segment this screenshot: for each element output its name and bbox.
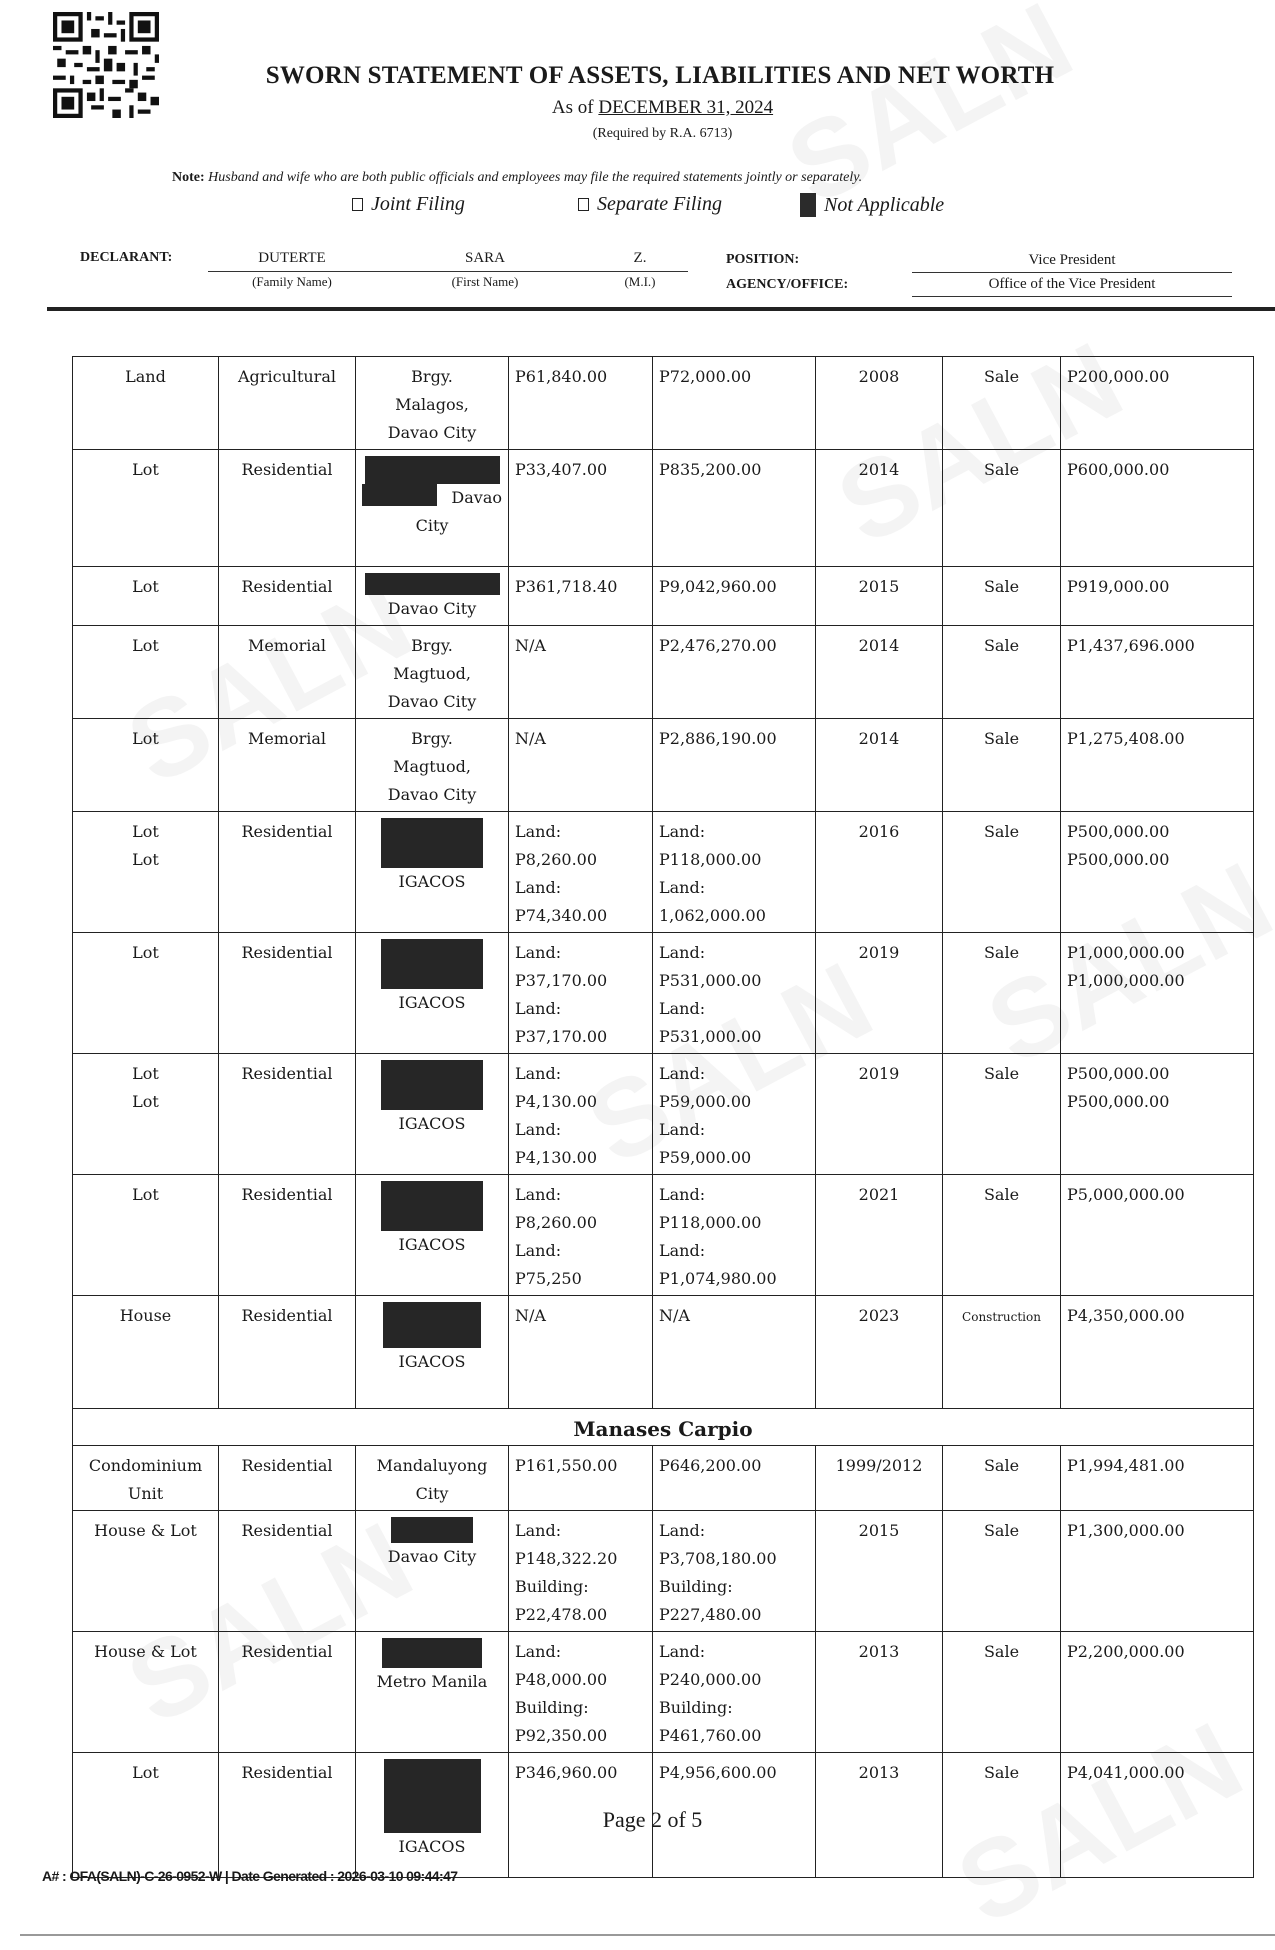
assessed-value-cell: Land:P48,000.00Building:P92,350.00	[509, 1632, 653, 1753]
acquisition-year-text: 2023	[859, 1306, 900, 1325]
acquisition-mode-text: Sale	[984, 1521, 1019, 1540]
joint-filing-option[interactable]: Joint Filing	[352, 193, 465, 216]
market-value-cell: P835,200.00	[653, 450, 816, 567]
kind-text: Residential	[241, 1521, 332, 1540]
kind-text: Memorial	[248, 729, 326, 748]
kind-cell: Residential	[219, 450, 356, 567]
table-row: HouseResidentialIGACOSN/AN/A2023Construc…	[73, 1296, 1254, 1409]
table-row: LandAgriculturalBrgy.Malagos,Davao CityP…	[73, 357, 1254, 450]
kind-cell: Residential	[219, 812, 356, 933]
acquisition-year-text: 2014	[859, 729, 900, 748]
market-value-line: Land:	[659, 995, 809, 1023]
market-value-line: P461,760.00	[659, 1722, 809, 1750]
market-value-line: P531,000.00	[659, 967, 809, 995]
kind-cell: Residential	[219, 1446, 356, 1511]
acquisition-year-cell: 2008	[816, 357, 943, 450]
location-line: Brgy.	[362, 725, 502, 753]
market-value-line: N/A	[659, 1302, 809, 1330]
market-value-cell: P2,476,270.00	[653, 626, 816, 719]
kind-cell: Residential	[219, 1632, 356, 1753]
first-name-caption: (First Name)	[400, 274, 570, 290]
acquisition-mode-text: Sale	[984, 729, 1019, 748]
table-row: LotResidentialDavao CityP361,718.40P9,04…	[73, 567, 1254, 626]
acquisition-mode-text: Sale	[984, 636, 1019, 655]
acquisition-cost-cell: P919,000.00	[1061, 567, 1254, 626]
acquisition-mode-text: Sale	[984, 1642, 1019, 1661]
kind-cell: Residential	[219, 1511, 356, 1632]
acquisition-cost-line: P500,000.00	[1067, 846, 1247, 874]
acquisition-mode-text: Sale	[984, 1763, 1019, 1782]
market-value-line: Land:	[659, 1237, 809, 1265]
assessed-value-line: P22,478.00	[515, 1601, 646, 1629]
acquisition-cost-cell: P4,350,000.00	[1061, 1296, 1254, 1409]
acquisition-cost-cell: P1,437,696.000	[1061, 626, 1254, 719]
kind-cell: Memorial	[219, 719, 356, 812]
assessed-value-line: P346,960.00	[515, 1759, 646, 1787]
redaction-block	[382, 1638, 482, 1668]
market-value-line: Building:	[659, 1694, 809, 1722]
assessed-value-line: P48,000.00	[515, 1666, 646, 1694]
not-applicable-option[interactable]: Not Applicable	[800, 193, 944, 217]
acquisition-mode-text: Sale	[984, 1456, 1019, 1475]
description-line: House & Lot	[79, 1638, 212, 1666]
location-cell: DavaoCity	[356, 450, 509, 567]
spouse-name: Manases Carpio	[73, 1409, 1254, 1446]
note-text: Husband and wife who are both public off…	[208, 170, 862, 185]
agency-label: AGENCY/OFFICE:	[726, 277, 848, 293]
description-cell: Lot	[73, 450, 219, 567]
description-cell: House & Lot	[73, 1632, 219, 1753]
acquisition-cost-cell: P500,000.00P500,000.00	[1061, 812, 1254, 933]
market-value-line: P72,000.00	[659, 363, 809, 391]
acquisition-cost-cell: P1,275,408.00	[1061, 719, 1254, 812]
description-cell: Land	[73, 357, 219, 450]
location-cell: IGACOS	[356, 933, 509, 1054]
description-line: Lot	[79, 573, 212, 601]
description-cell: Lot	[73, 626, 219, 719]
acquisition-year-text: 1999/2012	[836, 1456, 923, 1475]
acquisition-cost-line: P500,000.00	[1067, 1088, 1247, 1116]
acquisition-mode-text: Sale	[984, 1064, 1019, 1083]
acquisition-cost-line: P1,000,000.00	[1067, 967, 1247, 995]
assessed-value-cell: N/A	[509, 1296, 653, 1409]
market-value-line: Building:	[659, 1573, 809, 1601]
location-line: IGACOS	[362, 1231, 502, 1259]
acquisition-year-text: 2019	[859, 1064, 900, 1083]
market-value-cell: N/A	[653, 1296, 816, 1409]
location-line: Brgy.	[362, 363, 502, 391]
assessed-value-line: P61,840.00	[515, 363, 646, 391]
assessed-value-cell: P61,840.00	[509, 357, 653, 450]
location-cell: Brgy.Malagos,Davao City	[356, 357, 509, 450]
assessed-value-cell: Land:P37,170.00Land:P37,170.00	[509, 933, 653, 1054]
market-value-cell: P2,886,190.00	[653, 719, 816, 812]
description-line: Land	[79, 363, 212, 391]
description-line: Lot	[79, 818, 212, 846]
description-line: Lot	[79, 725, 212, 753]
position-value: Vice President	[912, 252, 1232, 269]
acquisition-cost-cell: P2,200,000.00	[1061, 1632, 1254, 1753]
acquisition-mode-cell: Sale	[943, 1175, 1061, 1296]
assessed-value-line: P4,130.00	[515, 1088, 646, 1116]
assessed-value-line: P148,322.20	[515, 1545, 646, 1573]
acquisition-cost-cell: P1,994,481.00	[1061, 1446, 1254, 1511]
market-value-line: P646,200.00	[659, 1452, 809, 1480]
assessed-value-line: P8,260.00	[515, 846, 646, 874]
market-value-line: Land:	[659, 939, 809, 967]
assessed-value-cell: Land:P8,260.00Land:P74,340.00	[509, 812, 653, 933]
description-cell: Lot	[73, 719, 219, 812]
joint-filing-checkbox[interactable]	[352, 198, 363, 211]
middle-initial: Z.	[610, 250, 670, 267]
location-cell: Metro Manila	[356, 1632, 509, 1753]
location-line: Magtuod,	[362, 753, 502, 781]
location-line: IGACOS	[362, 1348, 502, 1376]
description-line: House & Lot	[79, 1517, 212, 1545]
acquisition-cost-line: P1,300,000.00	[1067, 1517, 1247, 1545]
location-line: Magtuod,	[362, 660, 502, 688]
position-underline	[912, 272, 1232, 273]
acquisition-year-cell: 2013	[816, 1632, 943, 1753]
acquisition-cost-line: P4,041,000.00	[1067, 1759, 1247, 1787]
real-properties-table: LandAgriculturalBrgy.Malagos,Davao CityP…	[72, 356, 1254, 1878]
acquisition-mode-cell: Sale	[943, 1054, 1061, 1175]
location-line: Davao City	[362, 1543, 502, 1571]
market-value-cell: Land:P240,000.00Building:P461,760.00	[653, 1632, 816, 1753]
acquisition-year-cell: 2021	[816, 1175, 943, 1296]
acquisition-mode-cell: Sale	[943, 626, 1061, 719]
as-of-date: DECEMBER 31, 2024	[598, 97, 773, 118]
assessed-value-line: P361,718.40	[515, 573, 646, 601]
kind-text: Residential	[241, 460, 332, 479]
description-line: Lot	[79, 1060, 212, 1088]
acquisition-mode-text: Sale	[984, 1185, 1019, 1204]
acquisition-cost-line: P1,994,481.00	[1067, 1452, 1247, 1480]
acquisition-year-cell: 2015	[816, 567, 943, 626]
acquisition-cost-line: P1,000,000.00	[1067, 939, 1247, 967]
assessed-value-cell: P161,550.00	[509, 1446, 653, 1511]
acquisition-year-cell: 2019	[816, 1054, 943, 1175]
agency-value: Office of the Vice President	[912, 276, 1232, 293]
acquisition-year-text: 2019	[859, 943, 900, 962]
acquisition-mode-cell: Sale	[943, 357, 1061, 450]
acquisition-year-text: 2021	[859, 1185, 900, 1204]
description-line: Unit	[79, 1480, 212, 1508]
kind-text: Residential	[241, 1456, 332, 1475]
acquisition-year-cell: 2014	[816, 626, 943, 719]
description-line: Lot	[79, 1181, 212, 1209]
assessed-value-line: Land:	[515, 1181, 646, 1209]
assessed-value-line: N/A	[515, 725, 646, 753]
kind-cell: Memorial	[219, 626, 356, 719]
redaction-block	[362, 484, 437, 506]
assessed-value-line: Land:	[515, 995, 646, 1023]
assessed-value-cell: N/A	[509, 626, 653, 719]
acquisition-year-text: 2014	[859, 636, 900, 655]
acquisition-mode-text: Sale	[984, 460, 1019, 479]
acquisition-year-text: 2016	[859, 822, 900, 841]
section-divider	[47, 307, 1275, 311]
redaction-block	[381, 1060, 483, 1110]
not-applicable-label: Not Applicable	[824, 194, 944, 217]
acquisition-cost-line: P4,350,000.00	[1067, 1302, 1247, 1330]
acquisition-year-text: 2008	[859, 367, 900, 386]
location-line: Davao City	[362, 688, 502, 716]
location-line: Metro Manila	[362, 1668, 502, 1696]
joint-filing-label: Joint Filing	[371, 193, 465, 216]
description-cell: Lot	[73, 1175, 219, 1296]
kind-text: Residential	[241, 1642, 332, 1661]
acquisition-cost-line: P200,000.00	[1067, 363, 1247, 391]
acquisition-year-cell: 2015	[816, 1511, 943, 1632]
market-value-line: P59,000.00	[659, 1144, 809, 1172]
acquisition-mode-cell: Sale	[943, 812, 1061, 933]
location-cell: MandaluyongCity	[356, 1446, 509, 1511]
acquisition-year-text: 2013	[859, 1763, 900, 1782]
acquisition-mode-text: Sale	[984, 943, 1019, 962]
table-row: LotResidentialDavaoCityP33,407.00P835,20…	[73, 450, 1254, 567]
acquisition-mode-cell: Sale	[943, 567, 1061, 626]
location-line: IGACOS	[362, 989, 502, 1017]
location-line: Davao City	[362, 595, 502, 623]
market-value-line: P59,000.00	[659, 1088, 809, 1116]
note: Note: Husband and wife who are both publ…	[172, 170, 862, 186]
kind-cell: Residential	[219, 1054, 356, 1175]
assessed-value-line: Land:	[515, 874, 646, 902]
bottom-rule	[20, 1934, 1275, 1936]
first-name: SARA	[400, 250, 570, 267]
acquisition-year-cell: 2023	[816, 1296, 943, 1409]
note-label: Note:	[172, 170, 205, 185]
acquisition-mode-text: Sale	[984, 822, 1019, 841]
not-applicable-checkbox[interactable]	[800, 193, 816, 217]
description-cell: LotLot	[73, 812, 219, 933]
market-value-line: P227,480.00	[659, 1601, 809, 1629]
assessed-value-line: P92,350.00	[515, 1722, 646, 1750]
description-cell: Lot	[73, 567, 219, 626]
assessed-value-line: Land:	[515, 1060, 646, 1088]
assessed-value-line: Land:	[515, 939, 646, 967]
kind-cell: Residential	[219, 933, 356, 1054]
kind-text: Residential	[241, 1064, 332, 1083]
assessed-value-line: P75,250	[515, 1265, 646, 1293]
redaction-block	[381, 818, 483, 868]
kind-cell: Residential	[219, 1175, 356, 1296]
description-cell: House & Lot	[73, 1511, 219, 1632]
table-row: LotResidentialIGACOSLand:P8,260.00Land:P…	[73, 1175, 1254, 1296]
acquisition-year-text: 2015	[859, 1521, 900, 1540]
description-line: Lot	[79, 1088, 212, 1116]
description-cell: Lot	[73, 933, 219, 1054]
assessed-value-line: N/A	[515, 1302, 646, 1330]
redaction-block	[381, 939, 483, 989]
acquisition-cost-cell: P1,000,000.00P1,000,000.00	[1061, 933, 1254, 1054]
kind-text: Residential	[241, 943, 332, 962]
location-line: Brgy.	[362, 632, 502, 660]
acquisition-year-text: 2013	[859, 1642, 900, 1661]
kind-text: Residential	[241, 1306, 332, 1325]
kind-text: Agricultural	[238, 367, 336, 386]
location-cell: IGACOS	[356, 812, 509, 933]
family-name: DUTERTE	[208, 250, 376, 267]
market-value-line: P835,200.00	[659, 456, 809, 484]
market-value-line: Land:	[659, 818, 809, 846]
acquisition-cost-line: P1,275,408.00	[1067, 725, 1247, 753]
assessed-value-line: Building:	[515, 1573, 646, 1601]
acquisition-year-text: 2014	[859, 460, 900, 479]
position-label: POSITION:	[726, 252, 799, 268]
assessed-value-cell: P361,718.40	[509, 567, 653, 626]
acquisition-cost-line: P2,200,000.00	[1067, 1638, 1247, 1666]
kind-text: Residential	[241, 1185, 332, 1204]
separate-filing-checkbox[interactable]	[578, 198, 589, 211]
spouse-section-row: Manases Carpio	[73, 1409, 1254, 1446]
description-line: House	[79, 1302, 212, 1330]
assessed-value-cell: Land:P8,260.00Land:P75,250	[509, 1175, 653, 1296]
acquisition-year-cell: 2014	[816, 719, 943, 812]
assessed-value-line: Land:	[515, 1237, 646, 1265]
acquisition-cost-line: P5,000,000.00	[1067, 1181, 1247, 1209]
acquisition-year-cell: 2014	[816, 450, 943, 567]
acquisition-mode-cell: Sale	[943, 1511, 1061, 1632]
acquisition-mode-cell: Construction	[943, 1296, 1061, 1409]
acquisition-cost-line: P500,000.00	[1067, 818, 1247, 846]
kind-text: Residential	[241, 822, 332, 841]
acquisition-cost-line: P1,437,696.000	[1067, 632, 1247, 660]
kind-text: Memorial	[248, 636, 326, 655]
market-value-line: 1,062,000.00	[659, 902, 809, 930]
assessed-value-line: P4,130.00	[515, 1144, 646, 1172]
location-cell: IGACOS	[356, 1296, 509, 1409]
assessed-value-line: P37,170.00	[515, 1023, 646, 1051]
location-line: City	[362, 512, 502, 540]
assessed-value-line: P37,170.00	[515, 967, 646, 995]
description-line: Lot	[79, 632, 212, 660]
document-title: SWORN STATEMENT OF ASSETS, LIABILITIES A…	[0, 62, 1275, 90]
assessed-value-line: Land:	[515, 1116, 646, 1144]
market-value-line: Land:	[659, 874, 809, 902]
acquisition-cost-cell: P500,000.00P500,000.00	[1061, 1054, 1254, 1175]
location-line: IGACOS	[362, 1833, 502, 1861]
description-cell: CondominiumUnit	[73, 1446, 219, 1511]
declarant-label: DECLARANT:	[80, 250, 172, 266]
acquisition-mode-cell: Sale	[943, 1632, 1061, 1753]
location-line: IGACOS	[362, 1110, 502, 1138]
assessed-value-cell: Land:P148,322.20Building:P22,478.00	[509, 1511, 653, 1632]
separate-filing-option[interactable]: Separate Filing	[578, 193, 722, 216]
table-row: LotMemorialBrgy.Magtuod,Davao CityN/AP2,…	[73, 626, 1254, 719]
market-value-line: P240,000.00	[659, 1666, 809, 1694]
kind-cell: Agricultural	[219, 357, 356, 450]
assessed-value-line: P33,407.00	[515, 456, 646, 484]
description-cell: House	[73, 1296, 219, 1409]
acquisition-mode-text: Sale	[984, 367, 1019, 386]
market-value-line: Land:	[659, 1060, 809, 1088]
assessed-value-line: P161,550.00	[515, 1452, 646, 1480]
market-value-line: P2,886,190.00	[659, 725, 809, 753]
location-line: City	[362, 1480, 502, 1508]
acquisition-year-cell: 2016	[816, 812, 943, 933]
market-value-cell: P72,000.00	[653, 357, 816, 450]
table-row: CondominiumUnitResidentialMandaluyongCit…	[73, 1446, 1254, 1511]
location-cell: Brgy.Magtuod,Davao City	[356, 626, 509, 719]
acquisition-cost-cell: P600,000.00	[1061, 450, 1254, 567]
acquisition-cost-line: P919,000.00	[1067, 573, 1247, 601]
acquisition-mode-text: Sale	[984, 577, 1019, 596]
location-cell: IGACOS	[356, 1175, 509, 1296]
location-line: Davao City	[362, 419, 502, 447]
page-number: Page 2 of 5	[0, 1807, 1275, 1833]
table-row: LotMemorialBrgy.Magtuod,Davao CityN/AP2,…	[73, 719, 1254, 812]
assessed-value-cell: P33,407.00	[509, 450, 653, 567]
required-by: (Required by R.A. 6713)	[0, 126, 1275, 142]
table-row: LotLotResidentialIGACOSLand:P4,130.00Lan…	[73, 1054, 1254, 1175]
market-value-cell: P9,042,960.00	[653, 567, 816, 626]
market-value-line: P118,000.00	[659, 846, 809, 874]
description-line: Lot	[79, 456, 212, 484]
market-value-line: P118,000.00	[659, 1209, 809, 1237]
acquisition-cost-cell: P200,000.00	[1061, 357, 1254, 450]
location-cell: Brgy.Magtuod,Davao City	[356, 719, 509, 812]
assessed-value-line: N/A	[515, 632, 646, 660]
acquisition-mode-cell: Sale	[943, 450, 1061, 567]
acquisition-mode-text: Construction	[962, 1310, 1041, 1324]
location-line: Malagos,	[362, 391, 502, 419]
market-value-line: P531,000.00	[659, 1023, 809, 1051]
acquisition-mode-cell: Sale	[943, 1446, 1061, 1511]
market-value-cell: Land:P3,708,180.00Building:P227,480.00	[653, 1511, 816, 1632]
assessed-value-line: P74,340.00	[515, 902, 646, 930]
description-cell: LotLot	[73, 1054, 219, 1175]
redaction-block	[365, 456, 500, 484]
declarant-underline	[208, 271, 688, 272]
assessed-value-line: Building:	[515, 1694, 646, 1722]
family-name-caption: (Family Name)	[208, 274, 376, 290]
kind-text: Residential	[241, 1763, 332, 1782]
redaction-block	[391, 1517, 473, 1543]
as-of-line: As of DECEMBER 31, 2024	[0, 97, 1275, 119]
separate-filing-label: Separate Filing	[597, 193, 722, 216]
market-value-line: Land:	[659, 1638, 809, 1666]
redaction-block	[365, 573, 500, 595]
assessed-value-cell: N/A	[509, 719, 653, 812]
document-reference: A# : OFA(SALN)-C-26-0952-W | Date Genera…	[42, 1868, 457, 1884]
acquisition-cost-cell: P5,000,000.00	[1061, 1175, 1254, 1296]
location-line: Mandaluyong	[362, 1452, 502, 1480]
market-value-cell: Land:P118,000.00Land:1,062,000.00	[653, 812, 816, 933]
acquisition-year-text: 2015	[859, 577, 900, 596]
table-row: LotLotResidentialIGACOSLand:P8,260.00Lan…	[73, 812, 1254, 933]
kind-cell: Residential	[219, 567, 356, 626]
description-line: Lot	[79, 1759, 212, 1787]
market-value-line: Land:	[659, 1181, 809, 1209]
location-line: IGACOS	[362, 868, 502, 896]
assessed-value-cell: Land:P4,130.00Land:P4,130.00	[509, 1054, 653, 1175]
table-row: House & LotResidentialDavao CityLand:P14…	[73, 1511, 1254, 1632]
assessed-value-line: Land:	[515, 1638, 646, 1666]
market-value-line: P4,956,600.00	[659, 1759, 809, 1787]
market-value-cell: Land:P59,000.00Land:P59,000.00	[653, 1054, 816, 1175]
as-of-prefix: As of	[552, 97, 594, 118]
market-value-line: Land:	[659, 1116, 809, 1144]
location-cell: Davao City	[356, 567, 509, 626]
location-cell: Davao City	[356, 1511, 509, 1632]
acquisition-mode-cell: Sale	[943, 719, 1061, 812]
redaction-block	[381, 1181, 483, 1231]
kind-text: Residential	[241, 577, 332, 596]
description-line: Lot	[79, 846, 212, 874]
redaction-block	[383, 1302, 481, 1348]
